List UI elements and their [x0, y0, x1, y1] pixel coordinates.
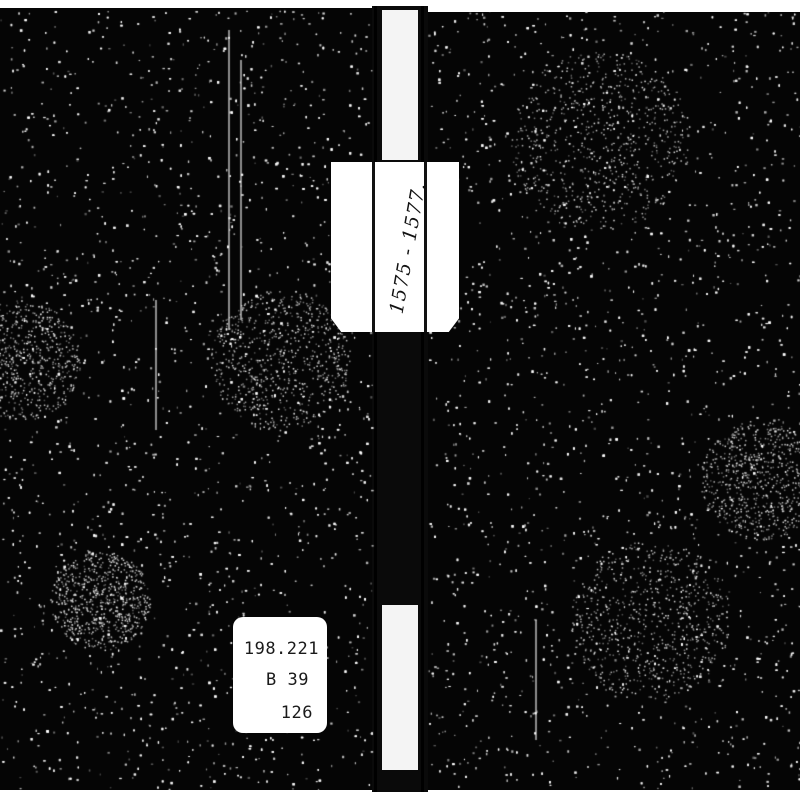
shelfmark-line-3: 126	[281, 703, 313, 723]
shelfmark-line-2: B 39	[266, 670, 309, 690]
scan-texture	[0, 0, 800, 800]
shelfmark-label: 198.221 B 39 126	[233, 617, 327, 733]
shelfmark-line-1: 198.221	[244, 639, 319, 659]
book-cover-scan: 1575 - 1577. 198.221 B 39 126	[0, 0, 800, 800]
label-rule-left	[372, 162, 375, 332]
